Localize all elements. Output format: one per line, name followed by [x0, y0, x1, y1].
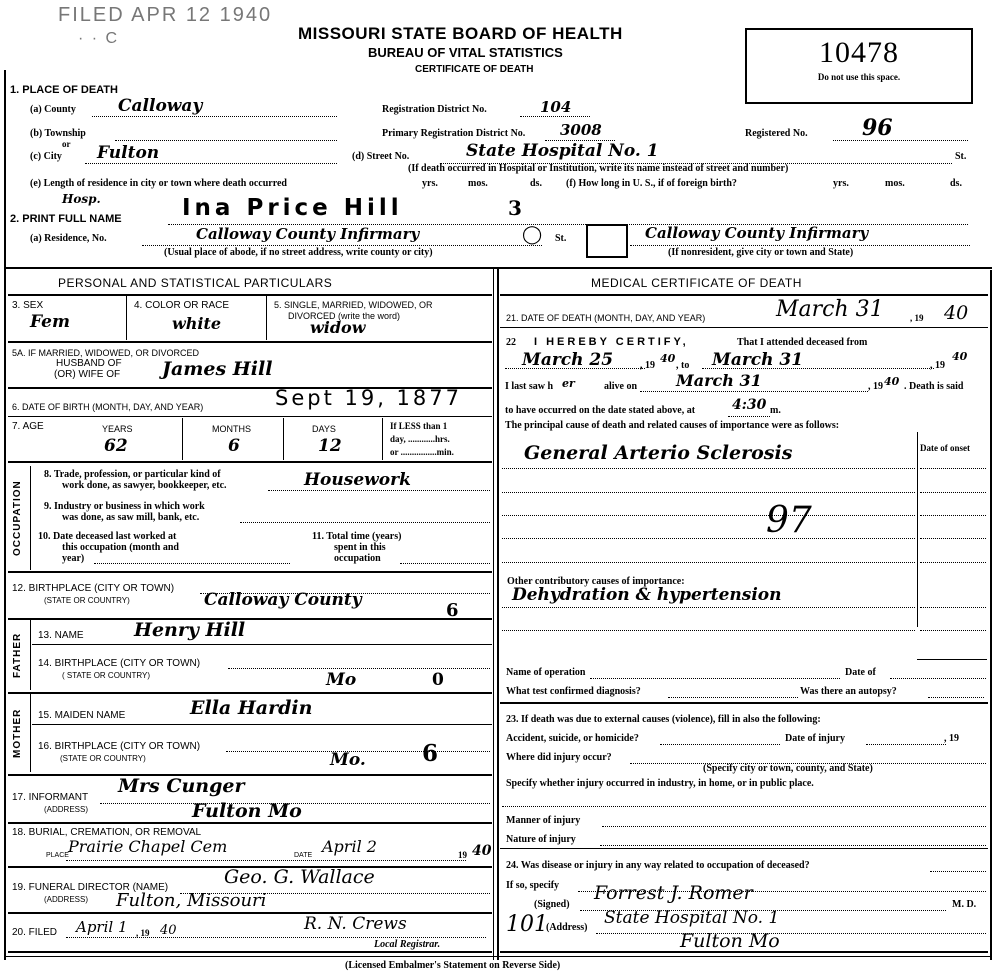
dod-value: March 31 — [776, 297, 884, 322]
physician-address-label: (Address) — [546, 922, 587, 933]
father-birthplace-label-2: ( STATE OR COUNTRY) — [62, 671, 150, 680]
operation-label: Name of operation — [506, 667, 585, 678]
death-said-label: . Death is said — [904, 381, 963, 392]
birthplace-label: 12. BIRTHPLACE (CITY OR TOWN) — [12, 583, 174, 594]
months-label: MONTHS — [212, 424, 251, 434]
father-birthplace-label: 14. BIRTHPLACE (CITY OR TOWN) — [38, 658, 200, 669]
total-time-label-3: occupation — [334, 553, 381, 564]
street-value: State Hospital No. 1 — [466, 141, 659, 161]
county-value: Calloway — [118, 96, 202, 116]
attended-from-value: March 25 — [522, 350, 613, 370]
mother-side-label: MOTHER — [12, 696, 23, 770]
months-value: 6 — [228, 436, 240, 456]
cause-code-mark: 97 — [766, 500, 812, 541]
physician-address-value-2: Fulton Mo — [680, 930, 780, 952]
where-injury-label: Where did injury occur? — [506, 752, 612, 763]
street-suffix: St. — [955, 151, 966, 162]
attended-to-value: March 31 — [712, 350, 803, 370]
alive-label: alive on — [604, 381, 637, 392]
full-name-label: 2. PRINT FULL NAME — [10, 213, 122, 225]
signed-label: (Signed) — [534, 899, 570, 910]
birthplace-value: Calloway County — [204, 590, 362, 610]
dod-label: 21. DATE OF DEATH (MONTH, DAY, AND YEAR) — [506, 313, 705, 323]
burial-year-prefix: 19 — [458, 850, 467, 860]
board-title: MISSOURI STATE BOARD OF HEALTH — [298, 24, 623, 44]
foreign-yrs: yrs. — [833, 178, 849, 189]
residence-label: (a) Residence, No. — [30, 233, 107, 244]
filed-stamp: FILED APR 12 1940 — [58, 4, 272, 27]
residence-length-label: (e) Length of residence in city or town … — [30, 178, 287, 189]
father-birthplace-value: Mo — [326, 670, 356, 690]
dob-value: Sept 19, 1877 — [275, 386, 462, 410]
residence-value: Calloway County Infirmary — [196, 225, 419, 243]
days-label: DAYS — [312, 424, 336, 434]
trade-label-2: work done, as sawyer, bookkeeper, etc. — [62, 480, 227, 491]
last-saw-pronoun: er — [562, 377, 575, 390]
street-label: (d) Street No. — [352, 151, 409, 162]
residence-code: ◯ — [522, 224, 542, 245]
years-value: 62 — [104, 436, 128, 456]
informant-address-label: (ADDRESS) — [44, 805, 88, 814]
funeral-director-value: Geo. G. Wallace — [224, 866, 375, 888]
filed-label: 20. FILED — [12, 927, 57, 938]
spouse-label-1: 5A. IF MARRIED, WIDOWED, OR DIVORCED — [12, 348, 199, 358]
dob-label: 6. DATE OF BIRTH (MONTH, DAY, AND YEAR) — [12, 402, 203, 412]
autopsy-label: Was there an autopsy? — [800, 686, 897, 697]
total-time-label-2: spent in this — [334, 542, 386, 553]
street-note: (If death occurred in Hospital or Instit… — [408, 163, 788, 174]
certificate-title: CERTIFICATE OF DEATH — [415, 64, 534, 75]
certify-number: 22 — [506, 337, 516, 348]
mother-birthplace-label-2: (STATE OR COUNTRY) — [60, 754, 146, 763]
father-name-value: Henry Hill — [134, 619, 245, 641]
trade-value: Housework — [304, 470, 411, 490]
nature-injury-label: Nature of injury — [506, 834, 576, 845]
last-saw-label: I last saw h — [505, 381, 553, 392]
mother-birthplace-value: Mo. — [330, 750, 366, 770]
medical-heading: MEDICAL CERTIFICATE OF DEATH — [591, 276, 802, 290]
where-injury-note: (Specify city or town, county, and State… — [703, 763, 873, 774]
specify-injury-label: Specify whether injury occurred in indus… — [506, 778, 814, 789]
md-label: M. D. — [952, 899, 976, 910]
funeral-address-value: Fulton, Missouri — [116, 890, 266, 911]
funeral-address-label: (ADDRESS) — [44, 895, 88, 904]
file-number-note: Do not use this space. — [747, 72, 971, 82]
to-year-prefix: , 19 — [930, 360, 945, 371]
city-label: (c) City — [30, 151, 62, 162]
file-number: 10478 — [747, 36, 971, 70]
personal-heading: PERSONAL AND STATISTICAL PARTICULARS — [58, 276, 332, 290]
sex-label: 3. SEX — [12, 300, 43, 311]
certify-rest: That I attended deceased from — [737, 337, 867, 348]
mother-name-label: 15. MAIDEN NAME — [38, 710, 125, 721]
city-value: Fulton — [97, 143, 159, 163]
last-worked-label-1: 10. Date deceased last worked at — [38, 531, 176, 542]
residence-yrs: yrs. — [422, 178, 438, 189]
race-label: 4. COLOR OR RACE — [134, 300, 229, 311]
residence-ds: ds. — [530, 178, 542, 189]
burial-place-label: PLACE — [46, 852, 69, 859]
injury-date-label: Date of injury — [785, 733, 845, 744]
alive-year-value: 40 — [884, 375, 899, 388]
filed-stamp-secondary: · · C — [78, 30, 119, 48]
full-name-value: Ina Price Hill — [182, 195, 403, 221]
burial-date-value: April 2 — [322, 837, 377, 856]
from-year-value: 40 — [660, 352, 675, 365]
margin-mark: 101 — [506, 912, 548, 937]
nonresident-value: Calloway County Infirmary — [645, 224, 868, 242]
informant-address-value: Fulton Mo — [192, 800, 302, 822]
injury-year-prefix: , 19 — [944, 733, 959, 744]
physician-address-value: State Hospital No. 1 — [604, 908, 779, 928]
alive-value: March 31 — [676, 371, 762, 390]
days-value: 12 — [318, 436, 342, 456]
last-worked-label-3: year) — [62, 553, 84, 564]
file-number-box: 10478 Do not use this space. — [745, 28, 973, 104]
place-of-death-heading: 1. PLACE OF DEATH — [10, 84, 118, 96]
registrar-label: Local Registrar. — [374, 939, 440, 950]
to-label: , to — [676, 360, 689, 371]
marital-value: widow — [310, 318, 365, 337]
foreign-birth-label: (f) How long in U. S., if of foreign bir… — [566, 178, 737, 189]
accident-label: Accident, suicide, or homicide? — [506, 733, 639, 744]
industry-label-2: was done, as saw mill, bank, etc. — [62, 512, 199, 523]
last-worked-label-2: this occupation (month and — [62, 542, 179, 553]
registered-no-label: Registered No. — [745, 128, 808, 139]
right-border — [990, 270, 992, 960]
bureau-title: BUREAU OF VITAL STATISTICS — [368, 45, 563, 60]
occupation-side-label: OCCUPATION — [12, 468, 23, 568]
residence-mos: mos. — [468, 178, 488, 189]
test-label: What test confirmed diagnosis? — [506, 686, 641, 697]
residence-st: St. — [555, 233, 566, 244]
registration-district-label: Registration District No. — [382, 104, 487, 115]
time-suffix: m. — [770, 405, 781, 416]
name-code: 3 — [508, 196, 522, 220]
nonresident-note: (If nonresident, give city or town and S… — [668, 247, 853, 258]
father-name-label: 13. NAME — [38, 630, 84, 641]
operation-date-label: Date of — [845, 667, 876, 678]
father-side-label: FATHER — [12, 622, 23, 688]
mother-birthplace-label: 16. BIRTHPLACE (CITY OR TOWN) — [38, 741, 200, 752]
spouse-value: James Hill — [162, 358, 272, 380]
filed-year-value: 40 — [160, 923, 177, 938]
total-time-label-1: 11. Total time (years) — [312, 531, 401, 542]
filed-date-value: April 1 — [76, 918, 128, 936]
column-divider — [497, 269, 499, 960]
residence-note: (Usual place of abode, if no street addr… — [164, 247, 433, 258]
from-year-prefix: , 19 — [640, 360, 655, 371]
spouse-label-3: (OR) WIFE OF — [54, 369, 120, 380]
less-than-day-3: or ................min. — [390, 447, 454, 457]
registrar-signature: R. N. Crews — [304, 914, 407, 934]
dod-year: 40 — [944, 302, 968, 324]
footer-note: (Licensed Embalmer's Statement on Revers… — [345, 960, 560, 971]
occupation-related-label: 24. Was disease or injury in any way rel… — [506, 860, 810, 871]
external-causes-label: 23. If death was due to external causes … — [506, 714, 821, 725]
industry-label-1: 9. Industry or business in which work — [44, 501, 205, 512]
marital-label: 5. SINGLE, MARRIED, WIDOWED, OR — [274, 300, 433, 310]
less-than-day-2: day, ............hrs. — [390, 434, 450, 444]
primary-registration-label: Primary Registration District No. — [382, 128, 525, 139]
burial-date-label: DATE — [294, 852, 312, 859]
county-label: (a) County — [30, 104, 76, 115]
to-year-value: 40 — [952, 350, 967, 363]
spouse-label-2: HUSBAND OF — [56, 358, 122, 369]
physician-signature: Forrest J. Romer — [594, 882, 753, 904]
registration-district-value: 104 — [540, 98, 571, 116]
occurred-label: to have occurred on the date stated abov… — [505, 405, 695, 416]
left-border — [4, 70, 6, 960]
other-causes-value: Dehydration & hypertension — [512, 585, 782, 605]
trade-label-1: 8. Trade, profession, or particular kind… — [44, 469, 221, 480]
burial-place-value: Prairie Chapel Cem — [68, 837, 227, 856]
dod-year-prefix: , 19 — [910, 313, 924, 323]
sex-value: Fem — [30, 312, 70, 332]
mother-name-value: Ella Hardin — [190, 697, 312, 719]
race-value: white — [172, 314, 221, 333]
cause-intro: The principal cause of death and related… — [505, 420, 839, 431]
certify-text: I HEREBY CERTIFY, — [534, 336, 689, 348]
years-label: YEARS — [102, 424, 133, 434]
alive-year-prefix: , 19 — [868, 381, 883, 392]
foreign-ds: ds. — [950, 178, 962, 189]
informant-value: Mrs Cunger — [118, 775, 245, 797]
informant-label: 17. INFORMANT — [12, 792, 88, 803]
primary-registration-value: 3008 — [560, 121, 602, 139]
if-so-label: If so, specify — [506, 880, 559, 891]
foreign-mos: mos. — [885, 178, 905, 189]
name-annotation: Hosp. — [62, 192, 101, 206]
age-label: 7. AGE — [12, 421, 44, 432]
principal-cause-value: General Arterio Sclerosis — [524, 442, 792, 464]
time-value: 4:30 — [732, 397, 766, 413]
township-label: (b) Township — [30, 128, 86, 139]
or-label: or — [62, 139, 71, 149]
burial-year-value: 40 — [472, 843, 491, 859]
less-than-day-1: If LESS than 1 — [390, 421, 447, 431]
father-birthplace-code: 0 — [432, 670, 444, 690]
residence-checkbox[interactable] — [586, 224, 628, 258]
registered-no-value: 96 — [862, 115, 893, 141]
manner-injury-label: Manner of injury — [506, 815, 580, 826]
mother-birthplace-code: 6 — [422, 740, 438, 767]
onset-label: Date of onset — [920, 443, 970, 453]
birthplace-label-2: (STATE OR COUNTRY) — [44, 596, 130, 605]
